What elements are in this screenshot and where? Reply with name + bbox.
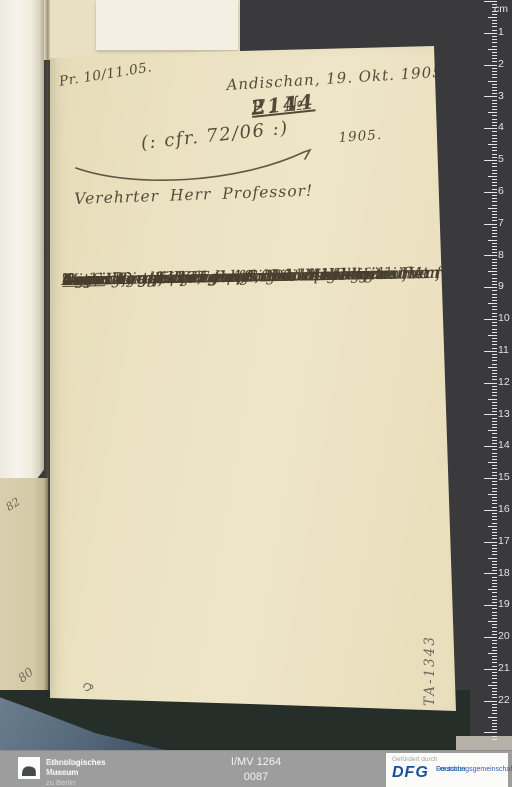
- ruler-number: 14: [498, 440, 512, 450]
- ruler-number: 12: [498, 377, 512, 387]
- top-white-sheet: [96, 0, 238, 50]
- pencil-doodle: [80, 680, 96, 694]
- ruler-number: 21: [498, 663, 512, 673]
- registry-year: 1905.: [338, 127, 383, 146]
- ruler-number: 13: [498, 409, 512, 419]
- dfg-acronym: DFG: [392, 764, 429, 782]
- funding-label: Gefördert durch: [392, 756, 438, 763]
- letter-page: Pr. 10/11.05. Andischan, 19. Okt. 1905. …: [40, 40, 464, 718]
- presentation-note: Pr. 10/11.05.: [58, 59, 153, 89]
- registry-number-value: 2144: [250, 89, 316, 120]
- ruler-number: 3: [498, 91, 512, 101]
- ruler-number: 1: [498, 27, 512, 37]
- ruler-number: 15: [498, 472, 512, 482]
- place-date-line: Andischan, 19. Okt. 1905.: [226, 62, 449, 94]
- ruler-number: 16: [498, 504, 512, 514]
- left-page-roll: [0, 0, 44, 516]
- ruler-number: 6: [498, 186, 512, 196]
- ruler-number: 22: [498, 695, 512, 705]
- ruler-number: 20: [498, 631, 512, 641]
- ruler: cm 12345678910111213141516171819202122: [470, 0, 512, 740]
- ruler-number: 11: [498, 345, 512, 355]
- dfg-logo: Gefördert durch DFG Deutsche Forschungsg…: [386, 753, 508, 787]
- ruler-number: 10: [498, 313, 512, 323]
- ruler-number: 17: [498, 536, 512, 546]
- ruler-number: 9: [498, 281, 512, 291]
- ruler-number: 4: [498, 122, 512, 132]
- footer-bar: Ethnologisches Museum Staatliche Museen …: [0, 750, 512, 787]
- ruler-number: 2: [498, 59, 512, 69]
- letter-body: Ihren freundlichen Gruss habe ich mit de…: [62, 258, 462, 266]
- ruler-number: 8: [498, 250, 512, 260]
- ruler-number: 5: [498, 154, 512, 164]
- flourish-underline: [68, 138, 324, 186]
- book-gutter-shadow: [44, 0, 50, 702]
- ruler-number: 7: [498, 218, 512, 228]
- letter-line: Man zeigte mir sogar di Akten.: [62, 266, 63, 294]
- dfg-name-line2: Forschungsgemeinschaft: [436, 766, 512, 775]
- ruler-number: 18: [498, 568, 512, 578]
- pencil-shelfmark-vertical: TA-1343: [422, 584, 444, 706]
- archive-scan-viewport: 82 80 Pr. 10/11.05. Andischan, 19. Okt. …: [0, 0, 512, 787]
- ruler-number: 19: [498, 599, 512, 609]
